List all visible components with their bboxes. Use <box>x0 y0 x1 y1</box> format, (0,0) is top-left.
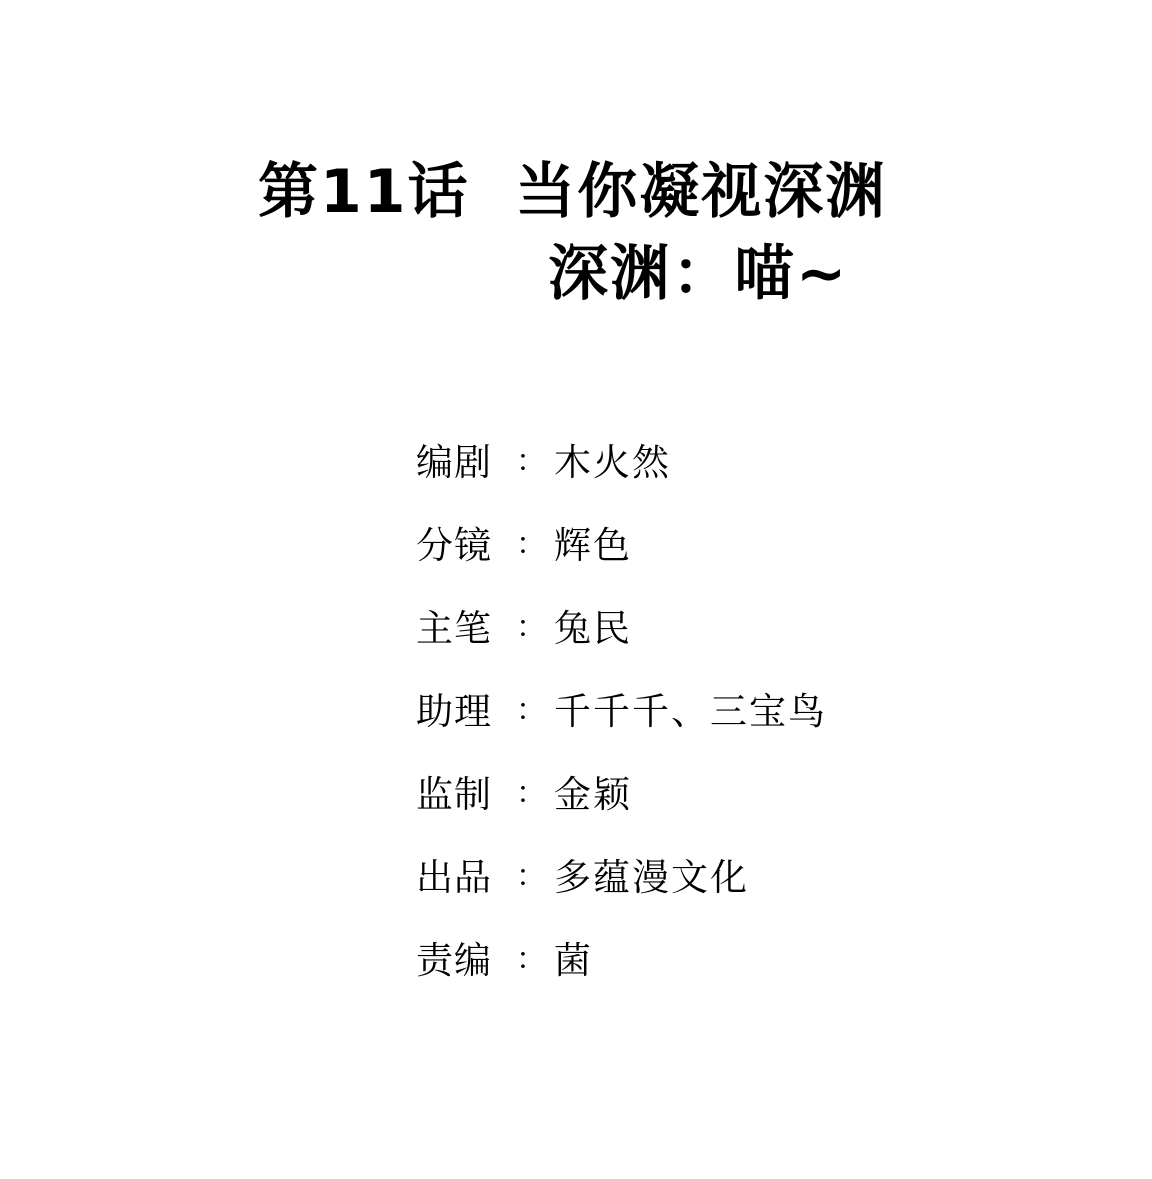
credit-name: 菌 <box>554 942 593 979</box>
credit-row-producer: 出品 ： 多蕴漫文化 <box>416 855 749 899</box>
credit-separator: ： <box>508 447 554 477</box>
credit-name: 兔民 <box>554 610 632 647</box>
credit-row-editor: 责编 ： 菌 <box>416 938 593 982</box>
credit-name: 金颖 <box>554 776 632 813</box>
credit-name: 千千千、三宝鸟 <box>554 693 827 730</box>
credit-role: 编剧 <box>416 444 508 481</box>
credit-name: 木火然 <box>554 444 671 481</box>
credit-role: 助理 <box>416 693 508 730</box>
credit-role: 责编 <box>416 942 508 979</box>
credit-name: 多蕴漫文化 <box>554 859 749 896</box>
credit-role: 出品 <box>416 859 508 896</box>
credit-row-writer: 编剧 ： 木火然 <box>416 440 671 484</box>
credit-row-storyboard: 分镜 ： 辉色 <box>416 523 632 567</box>
credit-separator: ： <box>508 530 554 560</box>
credit-role: 主笔 <box>416 610 508 647</box>
credit-role: 监制 <box>416 776 508 813</box>
credit-separator: ： <box>508 945 554 975</box>
credit-row-lead-artist: 主笔 ： 兔民 <box>416 606 632 650</box>
credit-separator: ： <box>508 779 554 809</box>
credit-name: 辉色 <box>554 527 632 564</box>
chapter-subtitle: 深渊：喵~ <box>548 244 848 304</box>
credit-separator: ： <box>508 613 554 643</box>
credit-row-supervisor: 监制 ： 金颖 <box>416 772 632 816</box>
chapter-title: 第11话 当你凝视深渊 <box>258 162 887 222</box>
credit-separator: ： <box>508 862 554 892</box>
credit-role: 分镜 <box>416 527 508 564</box>
credit-separator: ： <box>508 696 554 726</box>
credit-row-assistants: 助理 ： 千千千、三宝鸟 <box>416 689 827 733</box>
